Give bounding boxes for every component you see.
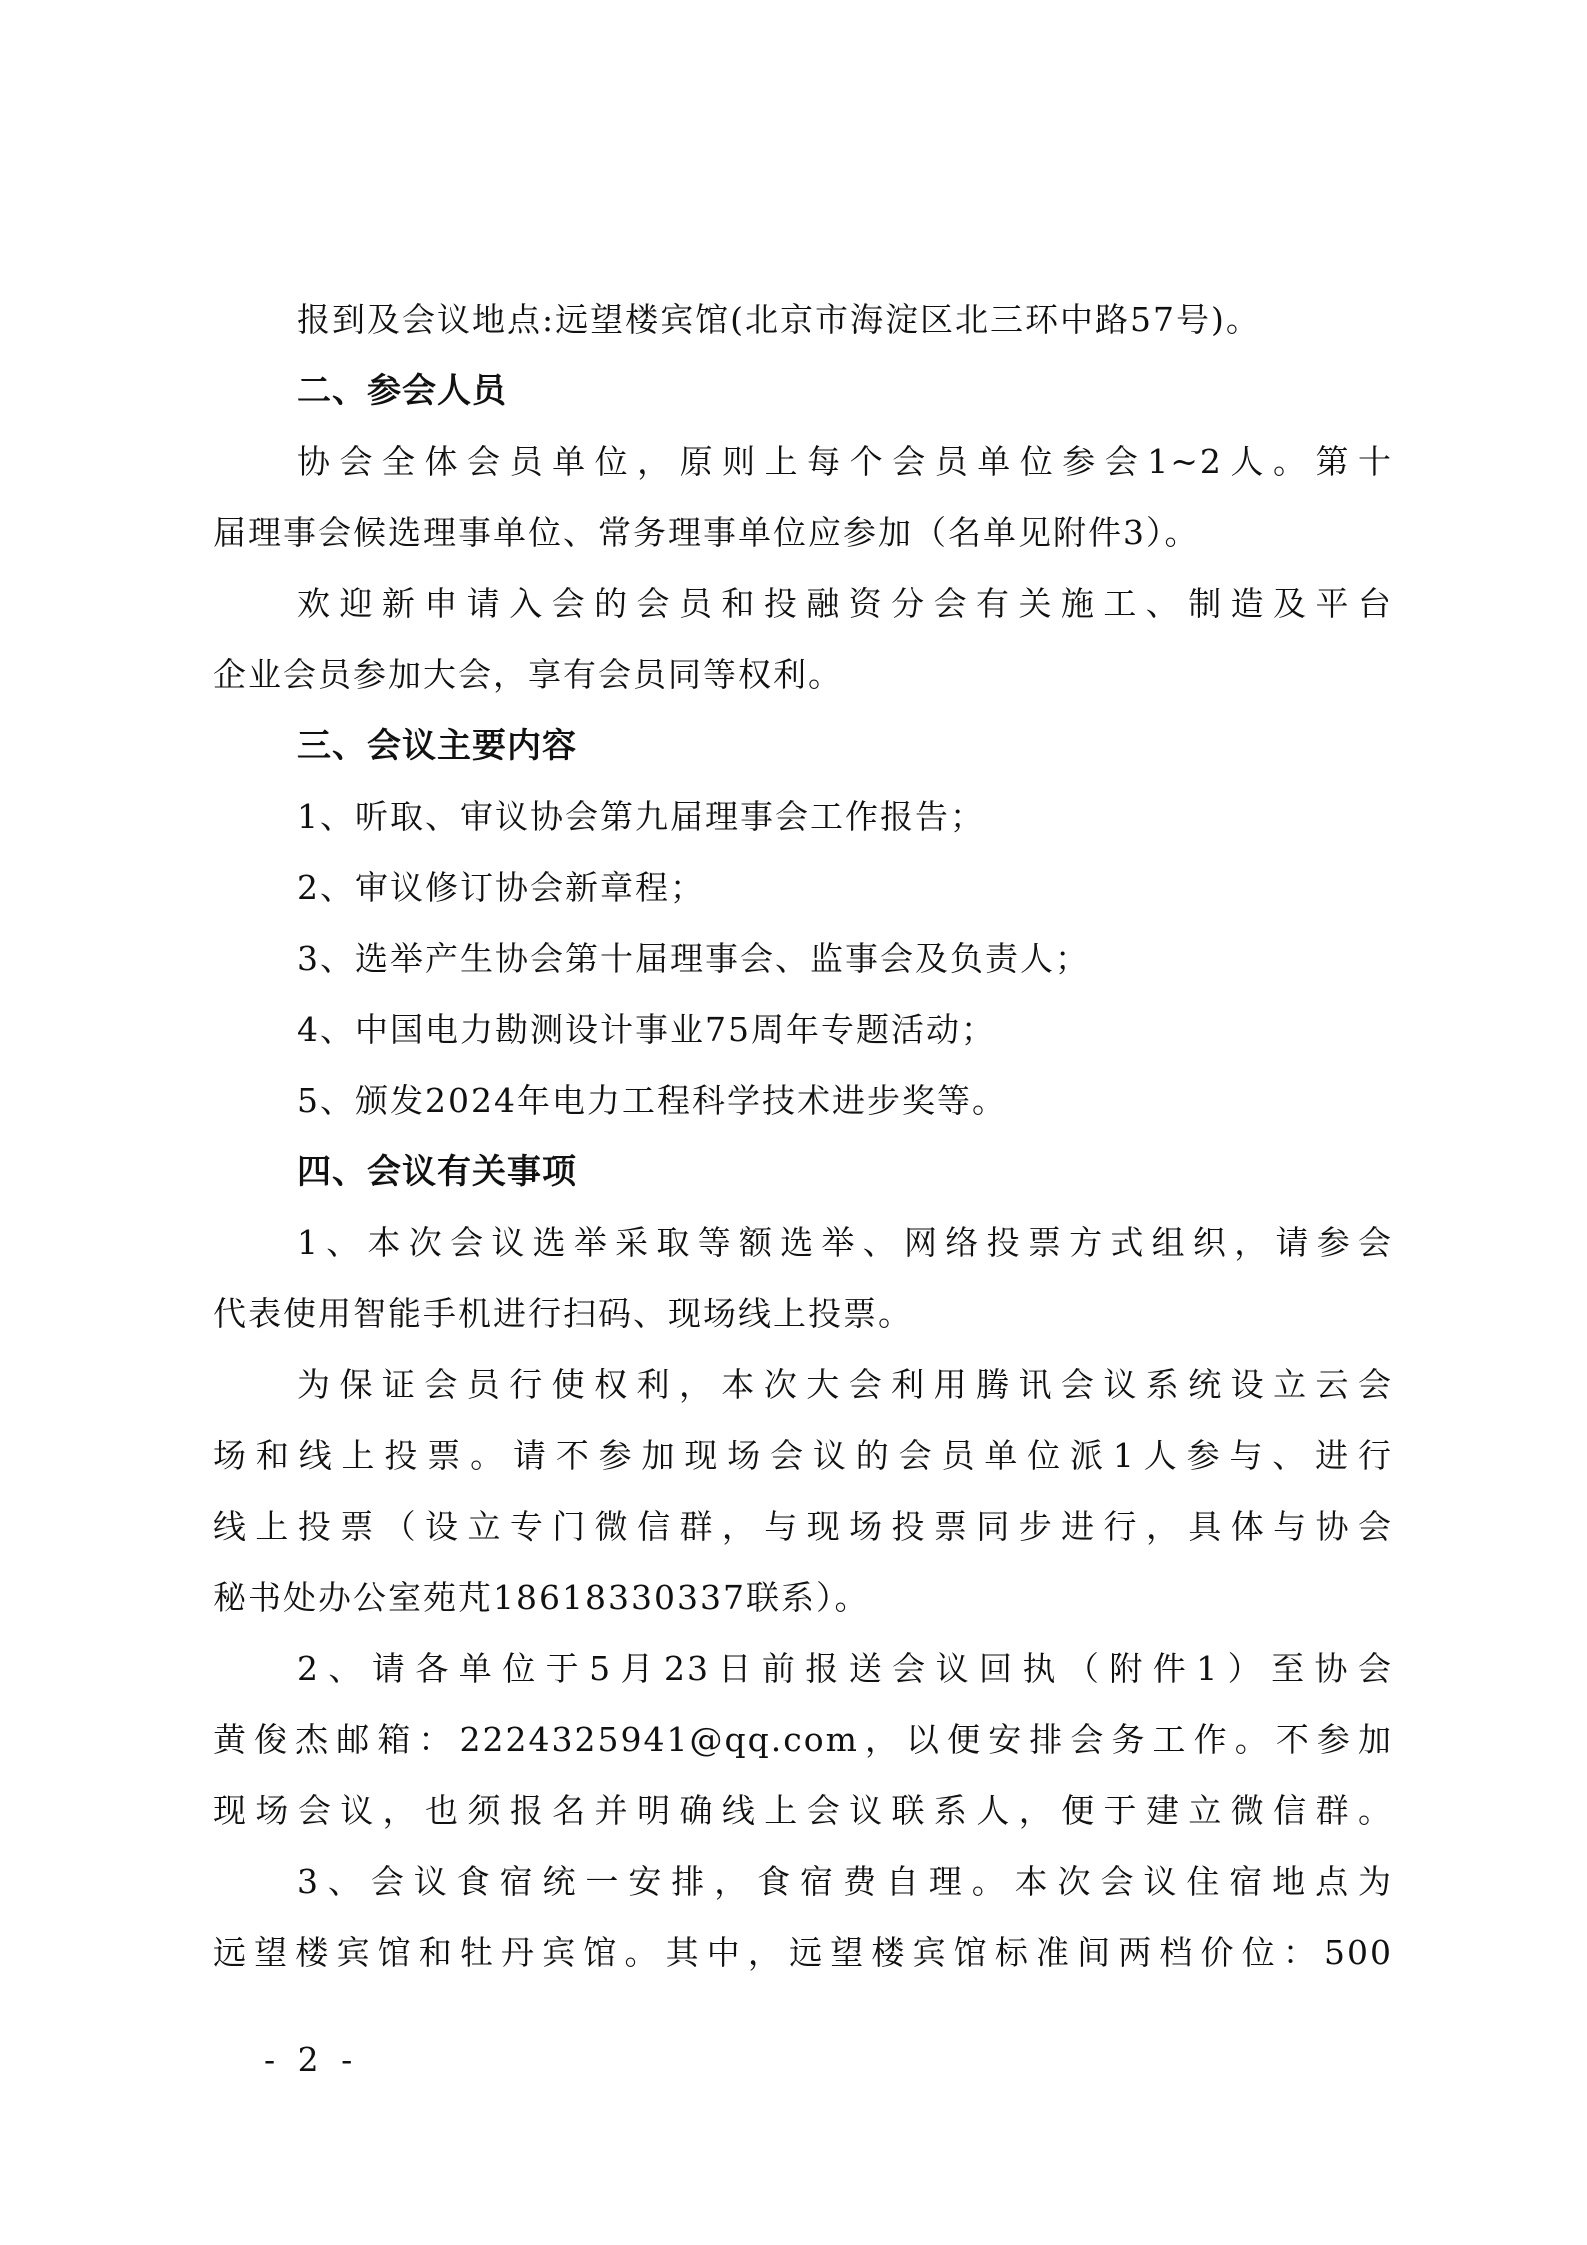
document-page: 报到及会议地点:远望楼宾馆(北京市海淀区北三环中路57号)。 二、参会人员 协会… [0,0,1587,2245]
paragraph-line: 协会全体会员单位，原则上每个会员单位参会1~2人。第十 [297,442,1393,482]
paragraph-line: 届理事会候选理事单位、常务理事单位应参加（名单见附件3）。 [213,513,1393,553]
email-line: 黄俊杰邮箱：2224325941@qq.com，以便安排会务工作。不参加 [213,1720,1393,1760]
paragraph-line: 企业会员参加大会，享有会员同等权利。 [213,655,1393,695]
paragraph-line: 远望楼宾馆和牡丹宾馆。其中，远望楼宾馆标准间两档价位：500 [213,1933,1393,1973]
section-heading-matters: 四、会议有关事项 [297,1152,1393,1192]
agenda-item: 2、审议修订协会新章程； [297,868,1393,908]
paragraph-line: 为保证会员行使权利，本次大会利用腾讯会议系统设立云会 [297,1365,1393,1405]
page-number: - 2 - [264,2040,358,2079]
agenda-item: 3、选举产生协会第十届理事会、监事会及负责人； [297,939,1393,979]
agenda-item: 4、中国电力勘测设计事业75周年专题活动； [297,1010,1393,1050]
contact-line: 秘书处办公室苑芃18618330337联系）。 [213,1578,1393,1618]
venue-line: 报到及会议地点:远望楼宾馆(北京市海淀区北三环中路57号)。 [297,300,1393,340]
paragraph-line: 1、本次会议选举采取等额选举、网络投票方式组织，请参会 [297,1223,1393,1263]
paragraph-line: 场和线上投票。请不参加现场会议的会员单位派1人参与、进行 [213,1436,1393,1476]
paragraph-line: 2、请各单位于5月23日前报送会议回执（附件1）至协会 [297,1649,1393,1689]
paragraph-line: 线上投票（设立专门微信群，与现场投票同步进行，具体与协会 [213,1507,1393,1547]
paragraph-line: 现场会议，也须报名并明确线上会议联系人，便于建立微信群。 [213,1791,1393,1831]
paragraph-line: 欢迎新申请入会的会员和投融资分会有关施工、制造及平台 [297,584,1393,624]
section-heading-attendees: 二、参会人员 [297,371,1393,411]
paragraph-line: 代表使用智能手机进行扫码、现场线上投票。 [213,1294,1393,1334]
paragraph-line: 3、会议食宿统一安排，食宿费自理。本次会议住宿地点为 [297,1862,1393,1902]
agenda-item: 1、听取、审议协会第九届理事会工作报告； [297,797,1393,837]
agenda-item: 5、颁发2024年电力工程科学技术进步奖等。 [297,1081,1393,1121]
section-heading-agenda: 三、会议主要内容 [297,726,1393,766]
